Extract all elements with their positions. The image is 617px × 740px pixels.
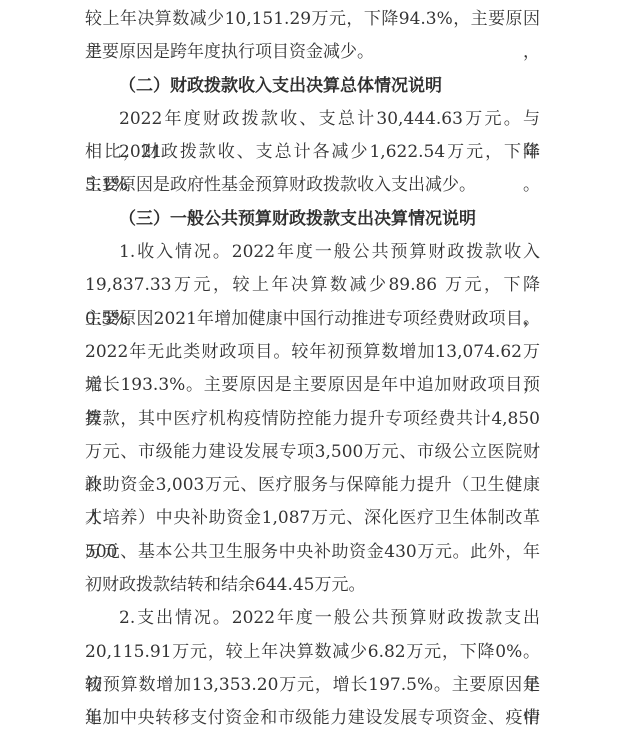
section-heading: （二）财政拨款收入支出决算总体情况说明: [85, 70, 540, 103]
text-line: 2022年度财政拨款收、支总计30,444.63万元。与2021年: [85, 103, 540, 136]
text-line: 较上年决算数减少10,151.29万元，下降94.3%，主要原因是，: [85, 3, 540, 36]
text-line: 补助资金3,003万元、医疗服务与保障能力提升（卫生健康人: [85, 469, 540, 502]
text-line: 主要原因是政府性基金预算财政拨款收入支出减少。: [85, 169, 540, 202]
text-line: 拨款，其中医疗机构疫情防控能力提升专项经费共计4,850: [85, 403, 540, 436]
text-line: 主要原因2021年增加健康中国行动推进专项经费财政项目，: [85, 303, 540, 336]
text-line: 19,837.33万元，较上年决算数减少89.86 万元，下降0.5%。: [85, 269, 540, 302]
text-line: 万元、基本公共卫生服务中央补助资金430万元。此外，年: [85, 536, 540, 569]
text-line: 才培养）中央补助资金1,087万元、深化医疗卫生体制改革500: [85, 502, 540, 535]
text-line: 万元、市级能力建设发展专项3,500万元、市级公立医院财政: [85, 436, 540, 469]
section-heading: （三）一般公共预算财政拨款支出决算情况说明: [85, 203, 540, 236]
text-line: 20,115.91万元，较上年决算数减少6.82万元，下降0%。较年: [85, 636, 540, 669]
text-line: 初预算数增加13,353.20万元，增长197.5%。主要原因是年中: [85, 669, 540, 702]
text-line: 初财政拨款结转和结余644.45万元。: [85, 569, 540, 602]
document-page: 较上年决算数减少10,151.29万元，下降94.3%，主要原因是， 主要原因是…: [0, 0, 617, 740]
document-text-block: 较上年决算数减少10,151.29万元，下降94.3%，主要原因是， 主要原因是…: [85, 3, 540, 736]
text-line: 2022年无此类财政项目。较年初预算数增加13,074.62万元，: [85, 336, 540, 369]
text-line: 追加中央转移支付资金和市级能力建设发展专项资金、疫情: [85, 702, 540, 735]
text-line: 2.支出情况。2022年度一般公共预算财政拨款支出: [85, 602, 540, 635]
text-line: 1.收入情况。2022年度一般公共预算财政拨款收入: [85, 236, 540, 269]
text-line: 增长193.3%。主要原因是主要原因是年中追加财政项目预算: [85, 369, 540, 402]
text-line: 相比，财政拨款收、支总计各减少1,622.54万元，下降5.1%。: [85, 136, 540, 169]
